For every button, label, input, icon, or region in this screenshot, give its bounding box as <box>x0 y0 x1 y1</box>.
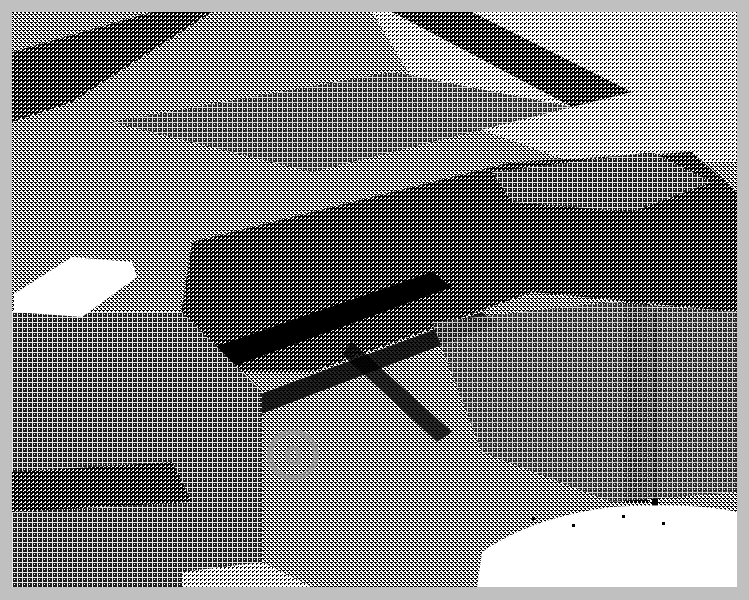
circular-logo-icon <box>267 429 319 481</box>
watermark <box>267 424 329 486</box>
photo-canvas <box>12 12 737 587</box>
image-viewer <box>0 0 749 600</box>
dithered-photo <box>12 12 737 587</box>
